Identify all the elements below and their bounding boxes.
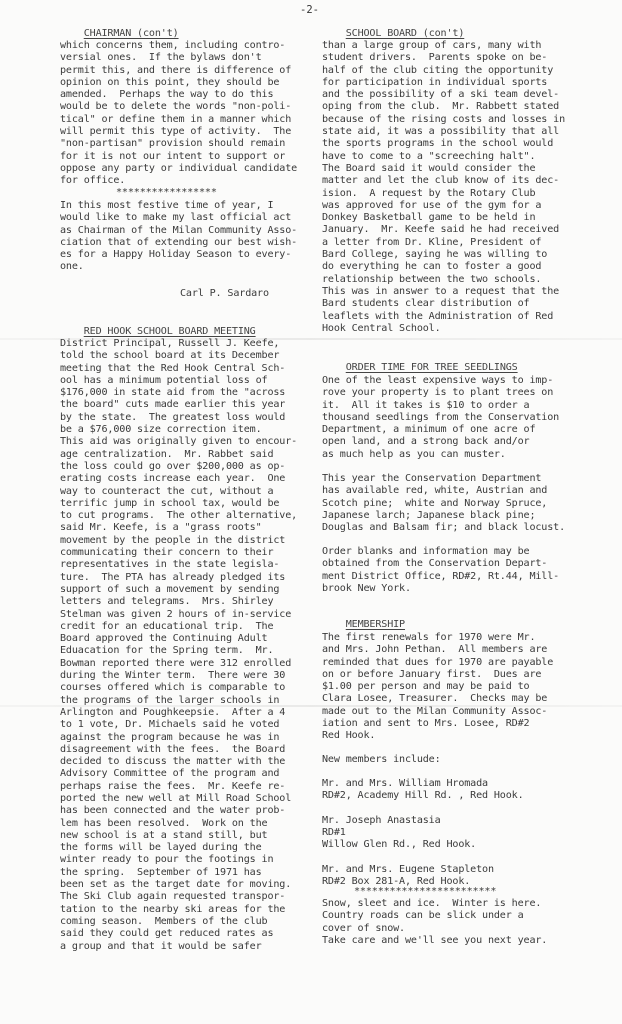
text-line: Mr. Joseph Anastasia [322, 815, 524, 827]
text-line: open land, and a strong back and/or [322, 436, 559, 448]
text-line: for it is not our intent to support or [60, 151, 297, 163]
text-line: Department, a minimum of one acre of [322, 424, 559, 436]
text-line: Snow, sleet and ice. Winter is here. [322, 898, 547, 910]
text-line: for office. [60, 175, 297, 187]
text-line: which concerns them, including contro- [60, 40, 297, 52]
text-line: obtained from the Conservation Depart- [322, 558, 559, 570]
text-line: One of the least expensive ways to imp- [322, 375, 559, 387]
text-line: leaflets with the Administration of Red [322, 311, 565, 323]
text-line: ture. The PTA has already pledged its [60, 572, 297, 584]
text-line: to 1 vote, Dr. Michaels said he voted [60, 719, 297, 731]
text-line: Red Hook. [322, 730, 553, 742]
text-line: lem has been resolved. Work on the [60, 818, 297, 830]
text-line: student drivers. Parents spoke on be- [322, 52, 565, 64]
school-board-cont-heading: SCHOOL BOARD (con't) [346, 28, 465, 40]
text-line: movement by the people in the district [60, 535, 297, 547]
text-line: versial ones. If the bylaws don't [60, 52, 297, 64]
text-line: Stelman was given 2 hours of in-service [60, 609, 297, 621]
school-board-paragraph: District Principal, Russell J. Keefe,tol… [60, 338, 297, 953]
text-line: Mr. and Mrs. William Hromada [322, 778, 524, 790]
text-line: The Board said it would consider the [322, 163, 565, 175]
text-line: the spring. September of 1971 has [60, 867, 297, 879]
text-line: RD#2, Academy Hill Rd. , Red Hook. [322, 790, 524, 802]
text-line: way to counteract the cut, without a [60, 486, 297, 498]
text-line: will permit this type of activity. The [60, 126, 297, 138]
text-line: permit this, and there is difference of [60, 65, 297, 77]
text-line: against the program because he was in [60, 732, 297, 744]
text-line: tical" or define them in a manner which [60, 114, 297, 126]
text-line: iation and sent to Mrs. Losee, RD#2 [322, 718, 553, 730]
text-line: said Mr. Keefe, is a "grass roots" [60, 522, 297, 534]
text-line: one. [60, 261, 297, 273]
text-line: half of the club citing the opportunity [322, 65, 565, 77]
text-line: Mr. and Mrs. Eugene Stapleton [322, 864, 524, 876]
text-line: do everything he can to foster a good [322, 261, 565, 273]
text-line: be a $76,000 size correction item. [60, 424, 297, 436]
text-line: This aid was originally given to encour- [60, 436, 297, 448]
text-line: ision. A request by the Rotary Club [322, 188, 565, 200]
closing-paragraph: Snow, sleet and ice. Winter is here.Coun… [322, 898, 547, 947]
member-entry: Mr. and Mrs. William HromadaRD#2, Academ… [322, 778, 524, 803]
text-line: Country roads can be slick under a [322, 910, 547, 922]
chairman-paragraph-1: which concerns them, including contro-ve… [60, 40, 297, 188]
text-line: was approved for use of the gym for a [322, 200, 565, 212]
text-line: erating costs increase each year. One [60, 473, 297, 485]
text-line: Bard students clear distribution of [322, 298, 565, 310]
text-line: disagreement with the fees. the Board [60, 744, 297, 756]
text-line: Take care and we'll see you next year. [322, 935, 547, 947]
text-line: Japanese larch; Japanese black pine; [322, 510, 565, 522]
blank-line [322, 803, 524, 815]
text-line: Willow Glen Rd., Red Hook. [322, 839, 524, 851]
member-entry: Mr. and Mrs. Eugene StapletonRD#2 Box 28… [322, 864, 524, 889]
seedlings-heading: ORDER TIME FOR TREE SEEDLINGS [346, 362, 518, 374]
text-line: told the school board at its December [60, 350, 297, 362]
text-line: ciation that of extending our best wish- [60, 237, 297, 249]
text-line: letters and telegrams. Mrs. Shirley [60, 596, 297, 608]
text-line: The first renewals for 1970 were Mr. [322, 632, 553, 644]
text-line: have to come to a "screeching halt". [322, 151, 565, 163]
signature: Carl P. Sardaro [60, 288, 269, 300]
text-line: oppose any party or individual candidate [60, 163, 297, 175]
text-line: Clara Losee, Treasurer. Checks may be [322, 693, 553, 705]
text-line: Donkey Basketball game to be held in [322, 212, 565, 224]
text-line: Order blanks and information may be [322, 546, 559, 558]
text-line: courses offered which is comparable to [60, 682, 297, 694]
text-line: said they could get reduced rates as [60, 928, 297, 940]
separator-stars: ***************** [60, 187, 217, 199]
text-line: state aid, it was a possibility that all [322, 126, 565, 138]
seedlings-paragraph-1: One of the least expensive ways to imp-r… [322, 375, 559, 461]
school-board-cont-paragraph: than a large group of cars, many withstu… [322, 40, 565, 335]
text-line: new school is at a stand still, but [60, 830, 297, 842]
text-line: been set as the target date for moving. [60, 879, 297, 891]
text-line: it. All it takes is $10 to order a [322, 400, 559, 412]
text-line: reminded that dues for 1970 are payable [322, 657, 553, 669]
text-line: Bowman reported there were 312 enrolled [60, 658, 297, 670]
text-line: $176,000 in state aid from the "across [60, 387, 297, 399]
school-board-heading: RED HOOK SCHOOL BOARD MEETING [84, 326, 256, 338]
text-line: Scotch pine; white and Norway Spruce, [322, 498, 565, 510]
membership-paragraph: The first renewals for 1970 were Mr.and … [322, 632, 553, 743]
text-line: Douglas and Balsam fir; and black locust… [322, 522, 565, 534]
text-line: and Mrs. John Pethan. All members are [322, 644, 553, 656]
left-column: CHAIRMAN (con't) which concerns them, in… [60, 0, 305, 111]
text-line: as much help as you can muster. [322, 449, 559, 461]
text-line: representatives in the state legisla- [60, 559, 297, 571]
text-line: would like to make my last official act [60, 212, 297, 224]
text-line: ment District Office, RD#2, Rt.44, Mill- [322, 571, 559, 583]
text-line: communicating their concern to their [60, 547, 297, 559]
text-line: Arlington and Poughkeepsie. After a 4 [60, 707, 297, 719]
text-line: ool has a minimum potential loss of [60, 375, 297, 387]
text-line: the loss could go over $200,000 as op- [60, 461, 297, 473]
text-line: decided to discuss the matter with the [60, 756, 297, 768]
text-line: brook New York. [322, 583, 559, 595]
text-line: ported the new well at Mill Road School [60, 793, 297, 805]
text-line: tation to the nearby ski areas for the [60, 904, 297, 916]
text-line: age centralization. Mr. Rabbet said [60, 449, 297, 461]
text-line: Advisory Committee of the program and [60, 768, 297, 780]
blank-line [322, 852, 524, 864]
text-line: as Chairman of the Milan Community Asso- [60, 225, 297, 237]
right-column: SCHOOL BOARD (con't) than a large group … [322, 0, 582, 184]
text-line: for participation in individual sports [322, 77, 565, 89]
text-line: to cut programs. The other alternative, [60, 510, 297, 522]
text-line: "non-partisan" provision should remain [60, 138, 297, 150]
text-line: Bard College, saying he was willing to [322, 249, 565, 261]
text-line: during the Winter term. There were 30 [60, 670, 297, 682]
text-line: has been connected and the water prob- [60, 805, 297, 817]
text-line: the sports programs in the school would [322, 138, 565, 150]
text-line: a letter from Dr. Kline, President of [322, 237, 565, 249]
membership-heading: MEMBERSHIP [346, 619, 405, 631]
text-line: relationship between the two schools. [322, 274, 565, 286]
seedlings-paragraph-2: This year the Conservation Departmenthas… [322, 473, 565, 534]
text-line: than a large group of cars, many with [322, 40, 565, 52]
text-line: The Ski Club again requested transpor- [60, 891, 297, 903]
text-line: RD#1 [322, 827, 524, 839]
text-line: would be to delete the words "non-poli- [60, 101, 297, 113]
text-line: District Principal, Russell J. Keefe, [60, 338, 297, 350]
text-line: Board approved the Continuing Adult [60, 633, 297, 645]
text-line: because of the rising costs and losses i… [322, 114, 565, 126]
text-line: winter ready to pour the footings in [60, 854, 297, 866]
text-line: the forms will be layed during the [60, 842, 297, 854]
text-line: es for a Happy Holiday Season to every- [60, 249, 297, 261]
text-line: thousand seedlings from the Conservation [322, 412, 559, 424]
text-line: made out to the Milan Community Assoc- [322, 706, 553, 718]
seedlings-paragraph-3: Order blanks and information may beobtai… [322, 546, 559, 595]
text-line: In this most festive time of year, I [60, 200, 297, 212]
chairman-heading: CHAIRMAN (con't) [84, 28, 179, 40]
new-members-list: Mr. and Mrs. William HromadaRD#2, Academ… [322, 778, 524, 889]
separator-stars: ************************ [322, 886, 496, 898]
member-entry: Mr. Joseph AnastasiaRD#1Willow Glen Rd.,… [322, 815, 524, 852]
text-line: Hook Central School. [322, 323, 565, 335]
text-line: amended. Perhaps the way to do this [60, 89, 297, 101]
text-line: has available red, white, Austrian and [322, 485, 565, 497]
text-line: terrific jump in school tax, would be [60, 498, 297, 510]
text-line: rove your property is to plant trees on [322, 387, 559, 399]
text-line: cover of snow. [322, 923, 547, 935]
text-line: the programs of the larger schools in [60, 695, 297, 707]
text-line: Eduacation for the Spring term. Mr. [60, 645, 297, 657]
text-line: opinion on this point, they should be [60, 77, 297, 89]
text-line: on or before January first. Dues are [322, 669, 553, 681]
text-line: perhaps raise the fees. Mr. Keefe re- [60, 781, 297, 793]
text-line: meeting that the Red Hook Central Sch- [60, 363, 297, 375]
text-line: $1.00 per person and may be paid to [322, 681, 553, 693]
text-line: oping from the club. Mr. Rabbett stated [322, 101, 565, 113]
text-line: January. Mr. Keefe said he had received [322, 224, 565, 236]
text-line: matter and let the club know of its dec- [322, 175, 565, 187]
text-line: This was in answer to a request that the [322, 286, 565, 298]
text-line: by the state. The greatest loss would [60, 412, 297, 424]
text-line: the board" cuts made earlier this year [60, 399, 297, 411]
text-line: and the possibility of a ski team devel- [322, 89, 565, 101]
text-line: coming season. Members of the club [60, 916, 297, 928]
new-members-intro: New members include: [322, 754, 441, 766]
text-line: This year the Conservation Department [322, 473, 565, 485]
text-line: credit for an educational trip. The [60, 621, 297, 633]
text-line: support of such a movement by sending [60, 584, 297, 596]
text-line: a group and that it would be safer [60, 941, 297, 953]
chairman-paragraph-2: In this most festive time of year, Iwoul… [60, 200, 297, 274]
